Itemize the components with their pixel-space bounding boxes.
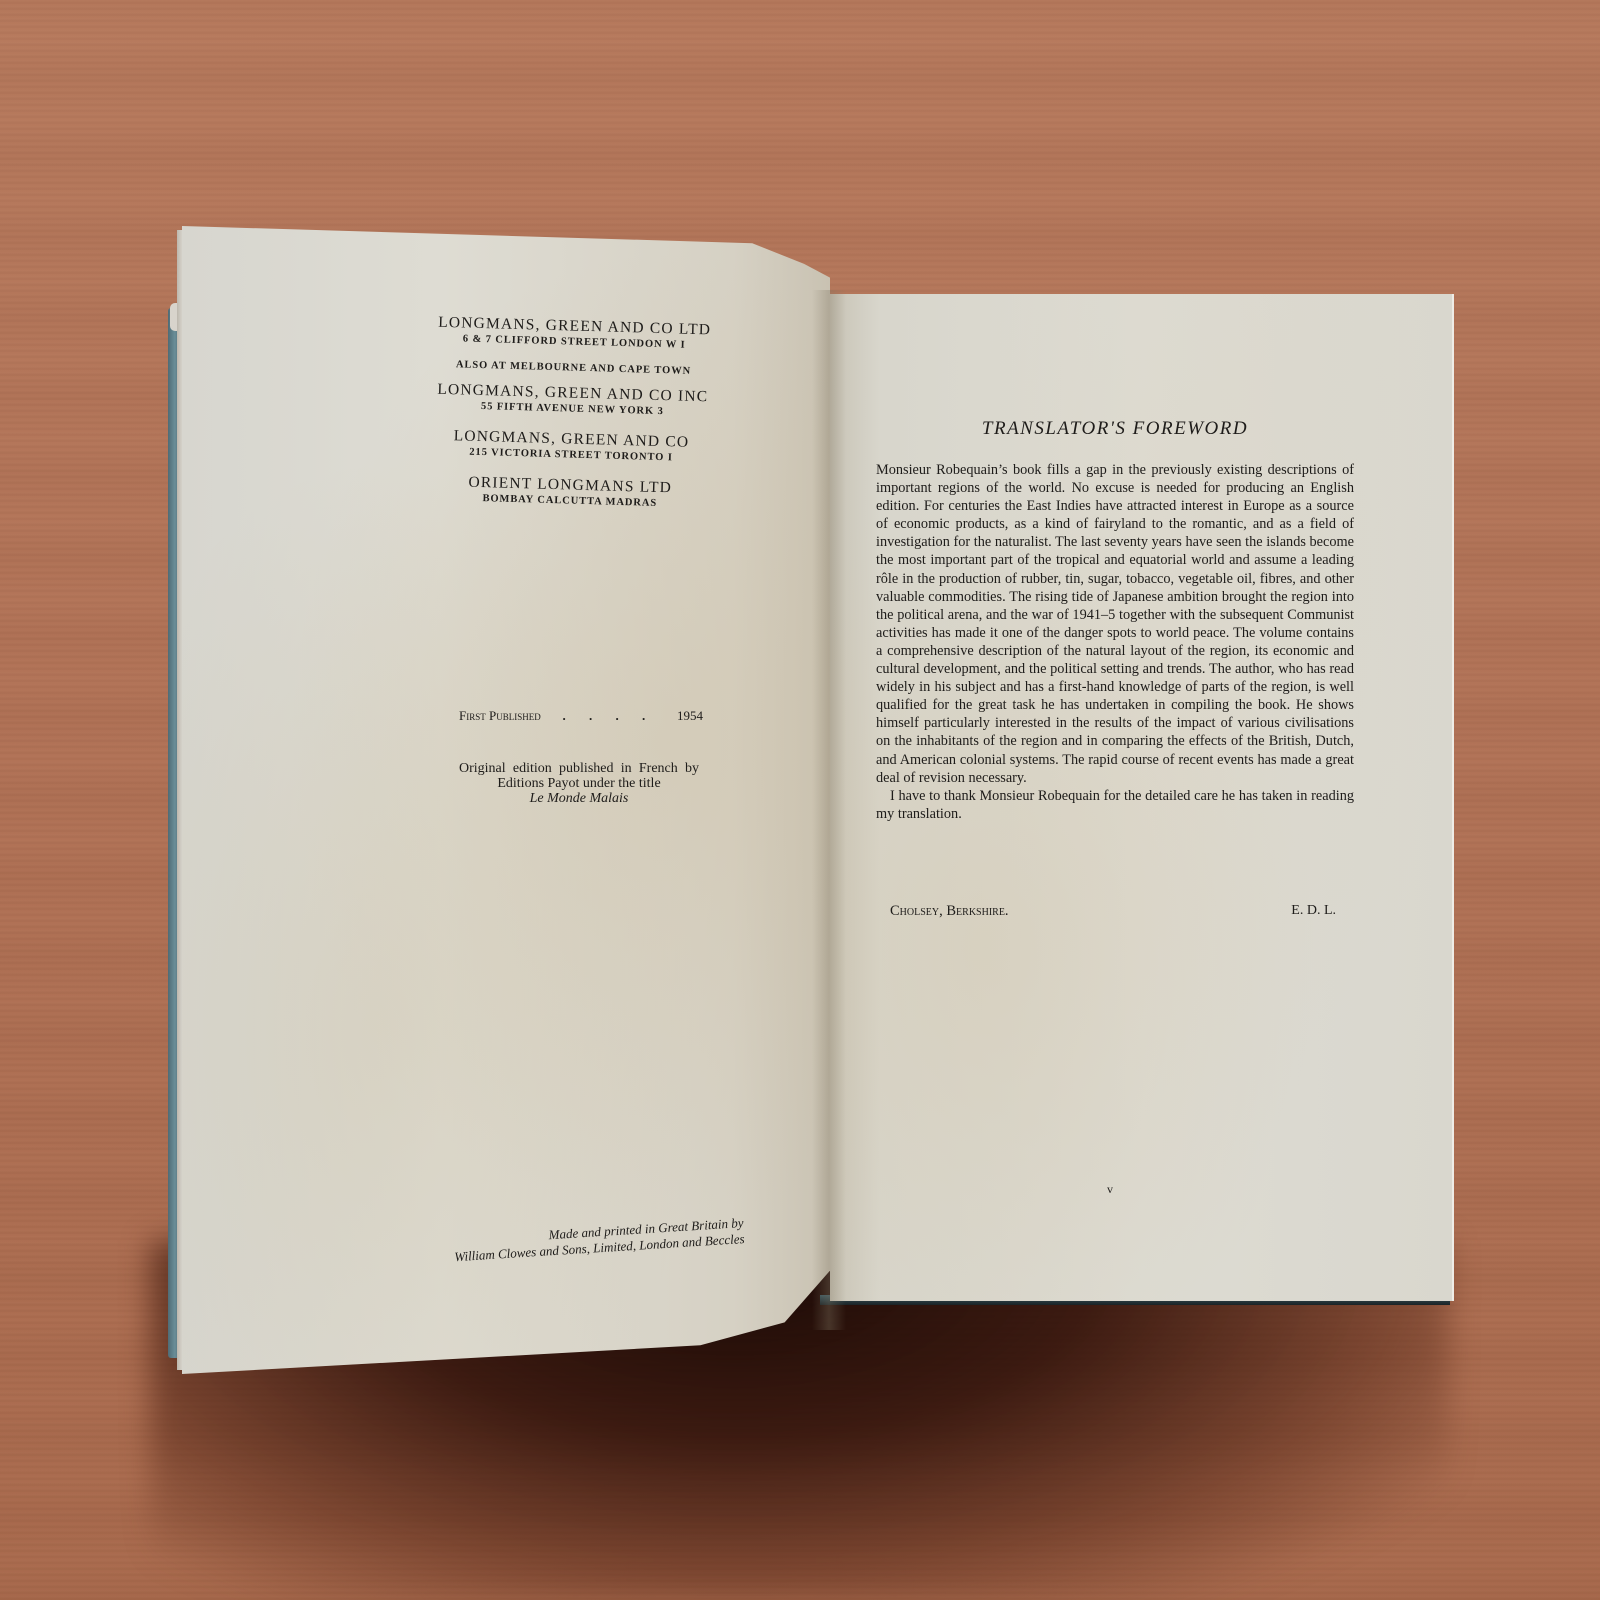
publisher-note: ALSO AT MELBOURNE AND CAPE TOWN (408, 358, 738, 378)
leader-dots: . . . . (562, 708, 655, 724)
first-published-line: First Published . . . . 1954 (459, 708, 703, 724)
original-edition-note: Original edition published in French by … (459, 761, 699, 806)
foreword-paragraph: Monsieur Robequain’s book fills a gap in… (876, 461, 1354, 787)
signoff-place: Cholsey, Berkshire. (890, 903, 1009, 920)
original-title: Le Monde Malais (459, 791, 699, 806)
original-edition-text: Original edition published in French by … (459, 761, 699, 791)
page-number: v (1107, 1182, 1113, 1197)
foreword-paragraph: I have to thank Monsieur Robequain for t… (876, 787, 1354, 823)
publisher-imprint: LONGMANS, GREEN AND CO LTD 6 & 7 CLIFFOR… (404, 312, 740, 526)
first-published-year: 1954 (677, 708, 703, 724)
foreword-body: Monsieur Robequain’s book fills a gap in… (876, 461, 1354, 823)
signoff-initials: E. D. L. (1291, 903, 1336, 920)
first-published-label: First Published (459, 708, 541, 724)
book-gutter (812, 290, 846, 1330)
foreword-title: TRANSLATOR'S FOREWORD (875, 418, 1355, 440)
foreword-signoff: Cholsey, Berkshire. E. D. L. (890, 903, 1336, 920)
